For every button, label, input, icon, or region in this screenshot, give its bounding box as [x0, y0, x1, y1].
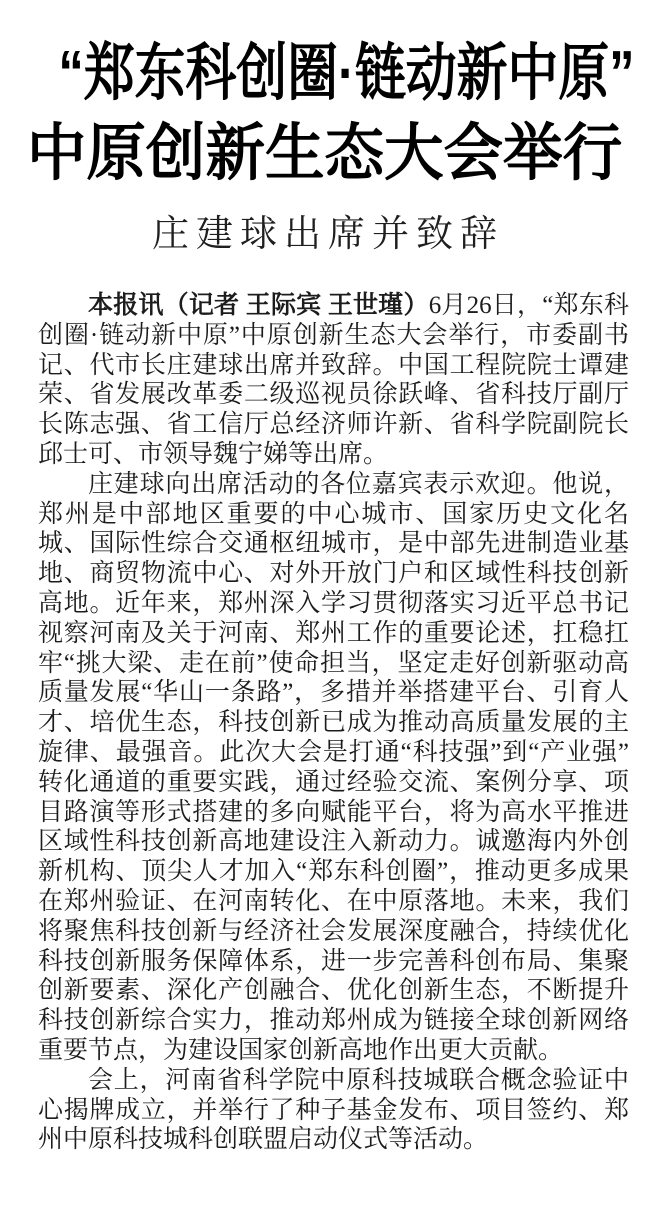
headline-line-1: “郑东科创圈·链动新中原” [58, 34, 590, 114]
newspaper-article-page: “郑东科创圈·链动新中原” 中原创新生态大会举行 庄建球出席并致辞 本报讯（记者… [0, 0, 649, 1207]
article-body: 本报讯（记者 王际宾 王世瑾）6月26日，“郑东科创圈·链动新中原”中原创新生态… [38, 291, 629, 1155]
article-subheadline: 庄建球出席并致辞 [0, 210, 649, 258]
article-headline: “郑东科创圈·链动新中原” 中原创新生态大会举行 [0, 34, 649, 194]
paragraph-closing: 会上，河南省科学院中原科技城联合概念验证中心揭牌成立，并举行了种子基金发布、项目… [38, 1066, 629, 1155]
headline-line-2: 中原创新生态大会举行 [13, 114, 636, 194]
byline-lead: 本报讯（记者 王际宾 王世瑾） [88, 292, 429, 319]
paragraph-lead: 本报讯（记者 王际宾 王世瑾）6月26日，“郑东科创圈·链动新中原”中原创新生态… [38, 291, 629, 470]
paragraph-speech: 庄建球向出席活动的各位嘉宾表示欢迎。他说，郑州是中部地区重要的中心城市、国家历史… [38, 470, 629, 1066]
